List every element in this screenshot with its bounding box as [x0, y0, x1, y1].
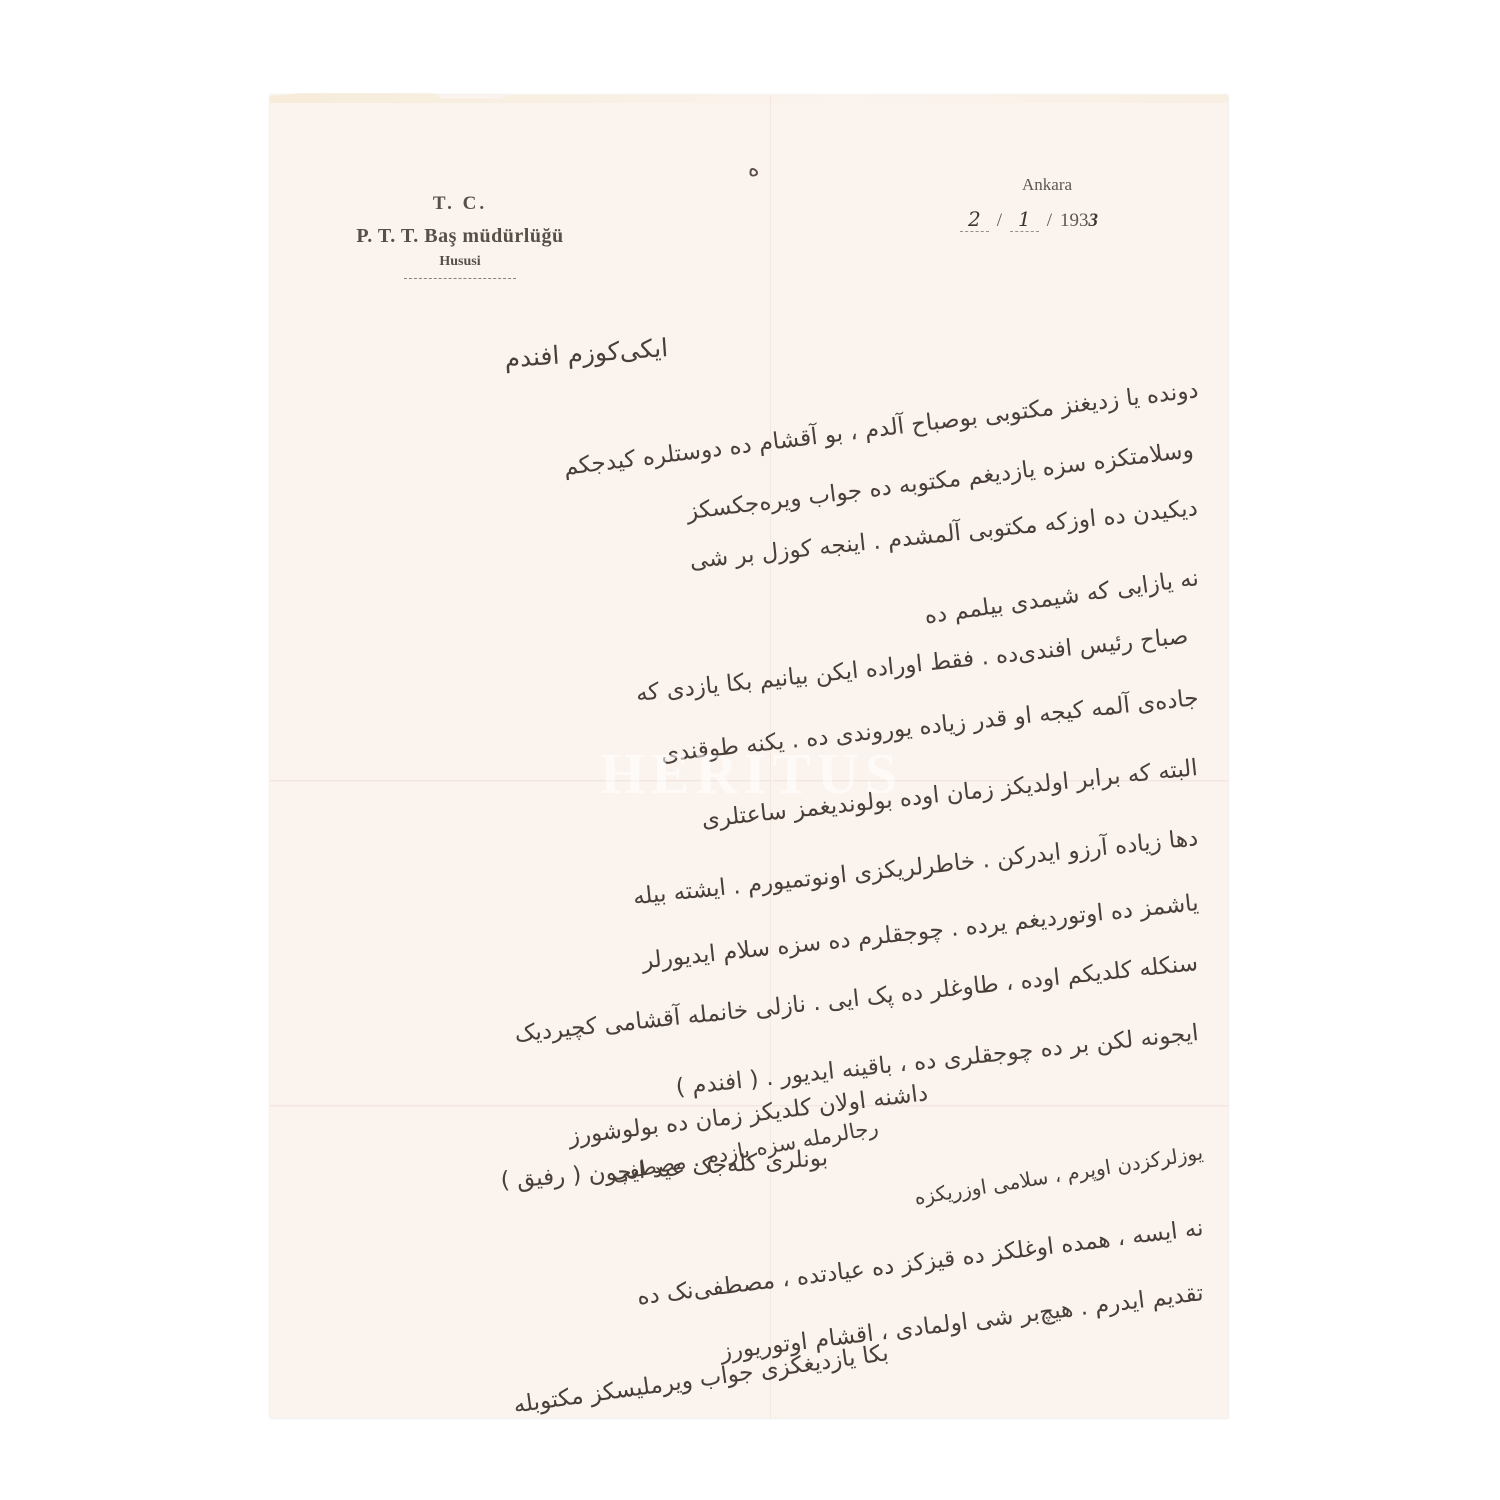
- date-separator: /: [1045, 210, 1054, 232]
- letterhead-organization: P. T. T. Baş müdürlüğü: [310, 225, 610, 248]
- date-day: 2: [960, 207, 989, 232]
- date-separator: /: [995, 210, 1004, 232]
- place-name: Ankara: [1022, 175, 1072, 195]
- handwritten-line: نه یازایی که شیمدی بیلمم ده: [922, 565, 1199, 629]
- letterhead-tc: T. C.: [310, 193, 610, 215]
- handwritten-margin-line: یوزلرکزدن اوپرم ، سلامی اوزریکزه: [913, 1140, 1205, 1209]
- handwritten-line: ایجونه لکن بر ده چوجقلری ده ، باقینه اید…: [674, 1020, 1199, 1101]
- handwritten-line: دها زیاده آرزو ایدرکن . خاطرلریکزی اونوت…: [632, 825, 1200, 910]
- letterhead-dotted-rule: [404, 278, 516, 279]
- watermark: HERITUS: [600, 740, 903, 807]
- letter-paper: T. C. P. T. T. Baş müdürlüğü Hususi ه An…: [270, 95, 1228, 1418]
- date-year-printed: 1933: [1060, 210, 1098, 232]
- torn-top-edge: [270, 89, 1228, 103]
- letterhead: T. C. P. T. T. Baş müdürlüğü Hususi: [310, 193, 610, 279]
- date-line: 2 / 1 / 1933: [960, 207, 1098, 232]
- letterhead-private-label: Hususi: [310, 254, 610, 270]
- salutation: ایکی‌کوزم افندم: [503, 333, 669, 373]
- page-mark: ه: [748, 157, 760, 182]
- handwritten-line: بکا یازدیغکزی جواب ویرملیسکز مکتوبله: [512, 1340, 890, 1418]
- date-month: 1: [1010, 207, 1039, 232]
